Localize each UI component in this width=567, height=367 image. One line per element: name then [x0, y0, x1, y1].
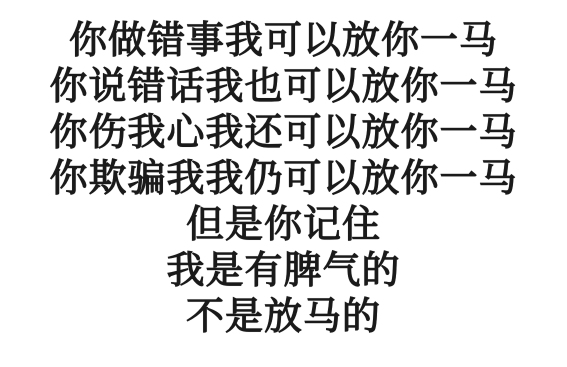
meme-text-line-4: 你欺骗我我仍可以放你一马	[0, 156, 567, 202]
meme-image: 你做错事我可以放你一马 你说错话我也可以放你一马 你伤我心我还可以放你一马 你欺…	[0, 0, 567, 367]
meme-text-line-3: 你伤我心我还可以放你一马	[0, 110, 567, 156]
meme-text-line-6: 我是有脾气的	[0, 248, 567, 294]
meme-text-line-2: 你说错话我也可以放你一马	[0, 64, 567, 110]
meme-text-line-5: 但是你记住	[0, 202, 567, 248]
meme-text-line-1: 你做错事我可以放你一马	[0, 18, 567, 64]
meme-text-line-7: 不是放马的	[0, 294, 567, 340]
meme-text-block: 你做错事我可以放你一马 你说错话我也可以放你一马 你伤我心我还可以放你一马 你欺…	[0, 18, 567, 340]
